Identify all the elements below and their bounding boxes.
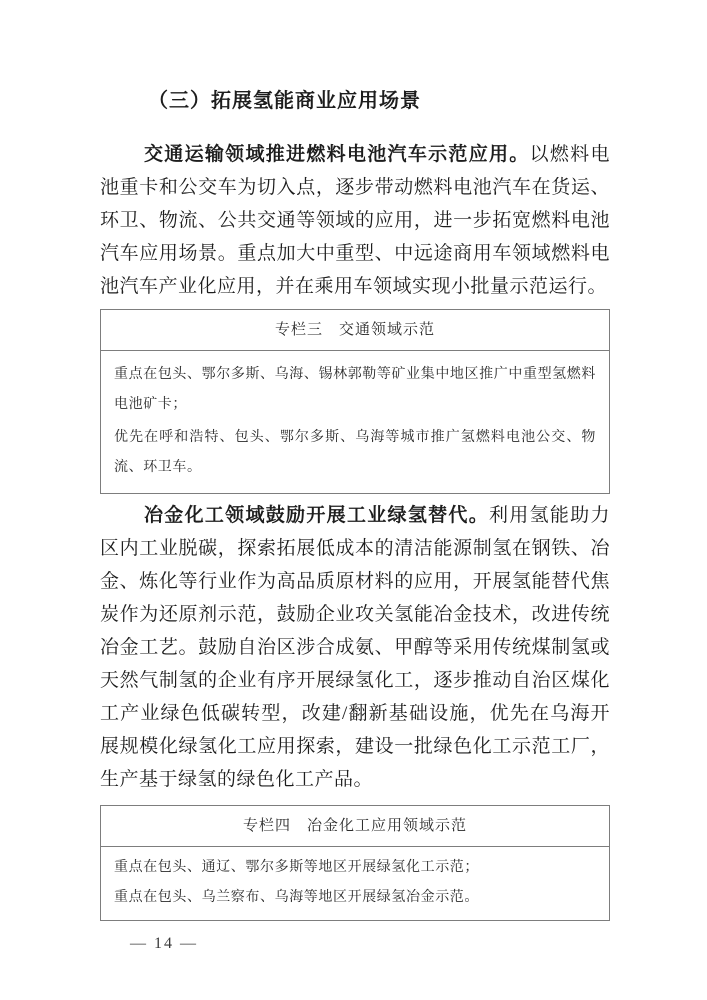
panel-box-transport: 专栏三 交通领域示范 重点在包头、鄂尔多斯、乌海、锡林郭勒等矿业集中地区推广中重… [100,309,610,494]
section-heading: （三）拓展氢能商业应用场景 [100,88,610,114]
paragraph-metallurgy-lead: 冶金化工领域鼓励开展工业绿氢替代。 [144,505,489,526]
panel-box-transport-item-2: 优先在呼和浩特、包头、鄂尔多斯、乌海等城市推广氢燃料电池公交、物流、环卫车。 [114,423,596,483]
panel-box-metallurgy-item-2: 重点在包头、乌兰察布、乌海等地区开展绿氢冶金示范。 [114,883,596,913]
paragraph-transport: 交通运输领域推进燃料电池汽车示范应用。以燃料电池重卡和公交车为切入点，逐步带动燃… [100,138,610,303]
paragraph-transport-body: 以燃料电池重卡和公交车为切入点，逐步带动燃料电池汽车在货运、环卫、物流、公共交通… [100,144,610,297]
document-page: （三）拓展氢能商业应用场景 交通运输领域推进燃料电池汽车示范应用。以燃料电池重卡… [0,0,707,1000]
panel-box-transport-item-1: 重点在包头、鄂尔多斯、乌海、锡林郭勒等矿业集中地区推广中重型氢燃料电池矿卡； [114,360,596,420]
paragraph-metallurgy: 冶金化工领域鼓励开展工业绿氢替代。利用氢能助力区内工业脱碳，探索拓展低成本的清洁… [100,499,610,796]
panel-box-transport-title: 专栏三 交通领域示范 [101,310,609,351]
panel-box-metallurgy-item-1: 重点在包头、通辽、鄂尔多斯等地区开展绿氢化工示范； [114,853,596,883]
paragraph-metallurgy-body: 利用氢能助力区内工业脱碳，探索拓展低成本的清洁能源制氢在钢铁、冶金、炼化等行业作… [100,505,610,790]
panel-box-transport-body: 重点在包头、鄂尔多斯、乌海、锡林郭勒等矿业集中地区推广中重型氢燃料电池矿卡； 优… [101,351,609,493]
page-number: — 14 — [100,935,610,953]
paragraph-transport-lead: 交通运输领域推进燃料电池汽车示范应用。 [144,144,530,165]
panel-box-metallurgy-title: 专栏四 冶金化工应用领域示范 [101,806,609,847]
panel-box-metallurgy: 专栏四 冶金化工应用领域示范 重点在包头、通辽、鄂尔多斯等地区开展绿氢化工示范；… [100,805,610,921]
panel-box-metallurgy-body: 重点在包头、通辽、鄂尔多斯等地区开展绿氢化工示范； 重点在包头、乌兰察布、乌海等… [101,847,609,920]
